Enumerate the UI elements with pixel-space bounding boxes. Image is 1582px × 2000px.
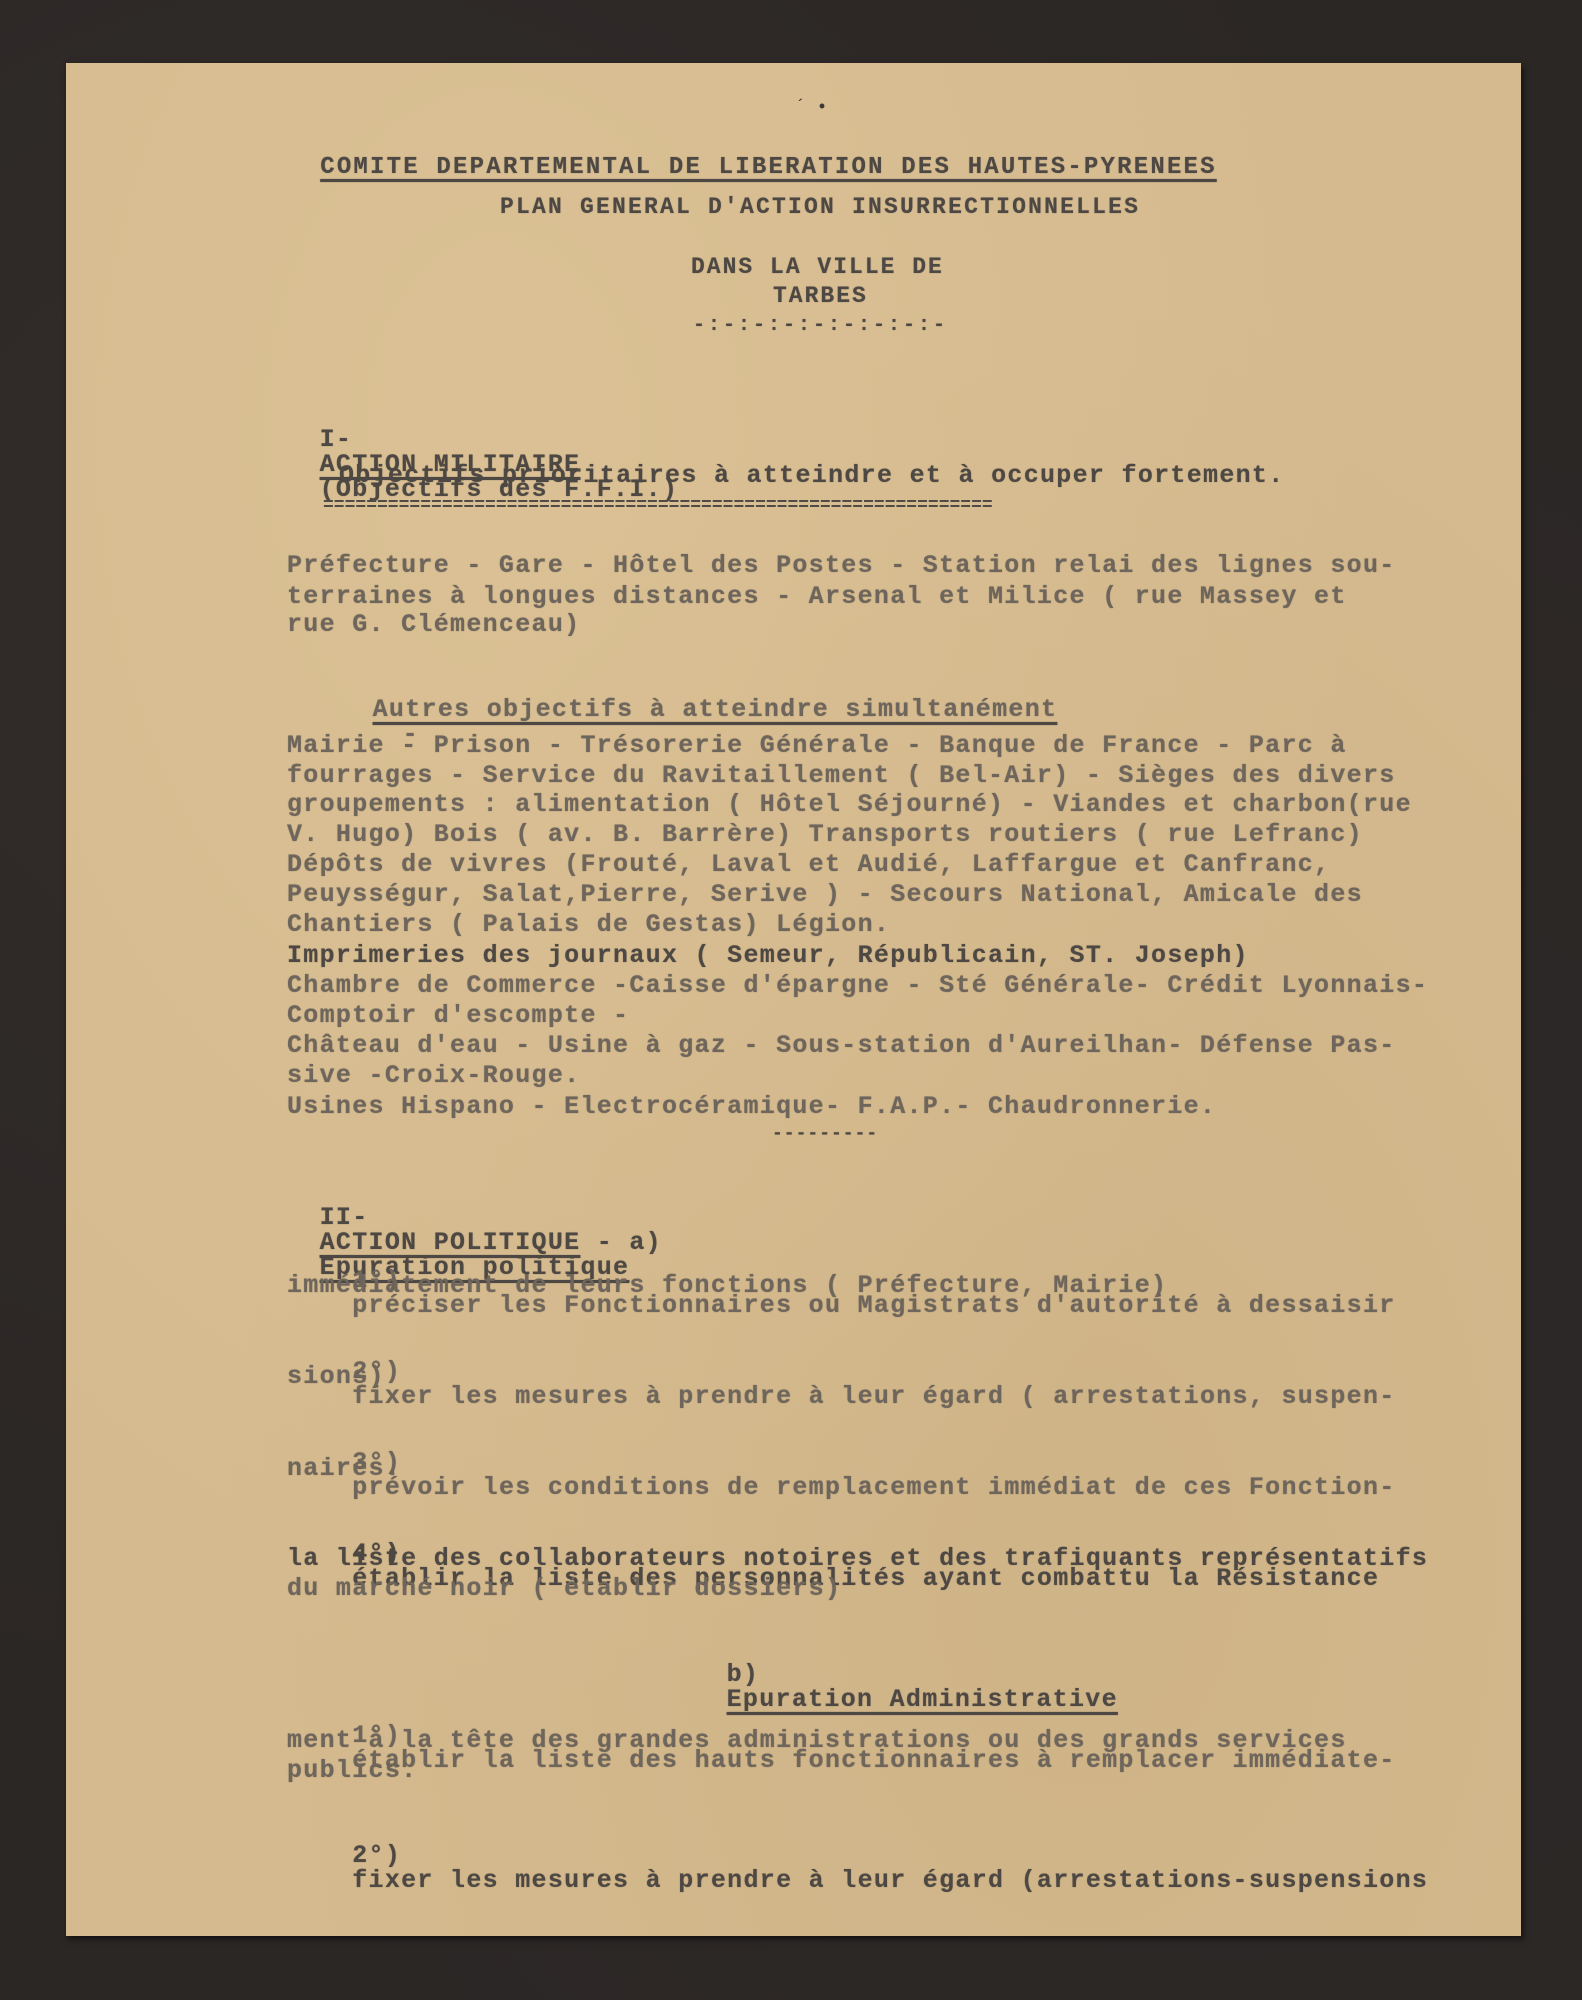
text-line: du marché noir ( établir dossiers) <box>287 1576 841 1601</box>
text-line: 2°) fixer les mesures à prendre à leur é… <box>287 1818 1428 1918</box>
plan-title: PLAN GENERAL D'ACTION INSURRECTIONNELLES <box>500 196 1140 219</box>
priority-objectives-heading: Objectifs prioritaires à atteindre et à … <box>339 463 1285 488</box>
text-line: la liste des collaborateurs notoires et … <box>287 1546 1428 1571</box>
text-line: Dépôts de vivres (Frouté, Laval et Audié… <box>287 852 1330 877</box>
text-line: Chantiers ( Palais de Gestas) Légion. <box>287 912 890 937</box>
text-line: Usines Hispano - Electrocéramique- F.A.P… <box>287 1094 1216 1119</box>
text-line: V. Hugo) Bois ( av. B. Barrère) Transpor… <box>287 822 1363 847</box>
text-line: ment à la tête des grandes administratio… <box>287 1728 1347 1753</box>
text-line: naires. <box>287 1456 401 1481</box>
item-text: fixer les mesures à prendre à leur égard… <box>352 1866 1428 1895</box>
text-line: rue G. Clémenceau) <box>287 612 580 637</box>
ink-marks: ´ • <box>795 98 827 118</box>
text-line: 3°) prévoir les conditions de remplaceme… <box>287 1425 1396 1525</box>
text-line: Préfecture - Gare - Hôtel des Postes - S… <box>287 553 1396 578</box>
text-line: publics. <box>287 1758 417 1783</box>
item-text: fixer les mesures à prendre à leur égard… <box>352 1382 1395 1411</box>
text-line: sions) <box>287 1364 385 1389</box>
text-line: sive -Croix-Rouge. <box>287 1063 580 1088</box>
section-1-end-separator: --------- <box>772 1125 878 1143</box>
text-line: Château d'eau - Usine à gaz - Sous-stati… <box>287 1033 1396 1058</box>
title-separator: -:-:-:-:-:-:-:-:- <box>693 316 948 336</box>
text-line: immédiatement de leurs fonctions ( Préfe… <box>287 1273 1167 1298</box>
priority-separator: ========================================… <box>323 496 1333 516</box>
text-line: Mairie - Prison - Trésorerie Générale - … <box>287 733 1347 758</box>
text-line: Comptoir d'escompte - <box>287 1003 629 1028</box>
city-line-2: TARBES <box>773 285 868 308</box>
committee-title: COMITE DEPARTEMENTAL DE LIBERATION DES H… <box>287 132 1217 180</box>
other-objectives-heading-text: Autres objectifs à atteindre simultanéme… <box>373 695 1058 724</box>
text-line: Imprimeries des journaux ( Semeur, Répub… <box>287 943 1249 968</box>
item-text: prévoir les conditions de remplacement i… <box>352 1473 1395 1502</box>
text-line: groupements : alimentation ( Hôtel Séjou… <box>287 792 1412 817</box>
text-line: fourrages - Service du Ravitaillement ( … <box>287 763 1396 788</box>
text-line: Chambre de Commerce -Caisse d'épargne - … <box>287 973 1428 998</box>
committee-title-text: COMITE DEPARTEMENTAL DE LIBERATION DES H… <box>320 154 1217 181</box>
text-line: Peuysségur, Salat,Pierre, Serive ) - Sec… <box>287 882 1363 907</box>
text-line: terraines à longues distances - Arsenal … <box>287 584 1347 609</box>
city-line-1: DANS LA VILLE DE <box>691 256 944 279</box>
text-line: 2°) fixer les mesures à prendre à leur é… <box>287 1334 1396 1434</box>
